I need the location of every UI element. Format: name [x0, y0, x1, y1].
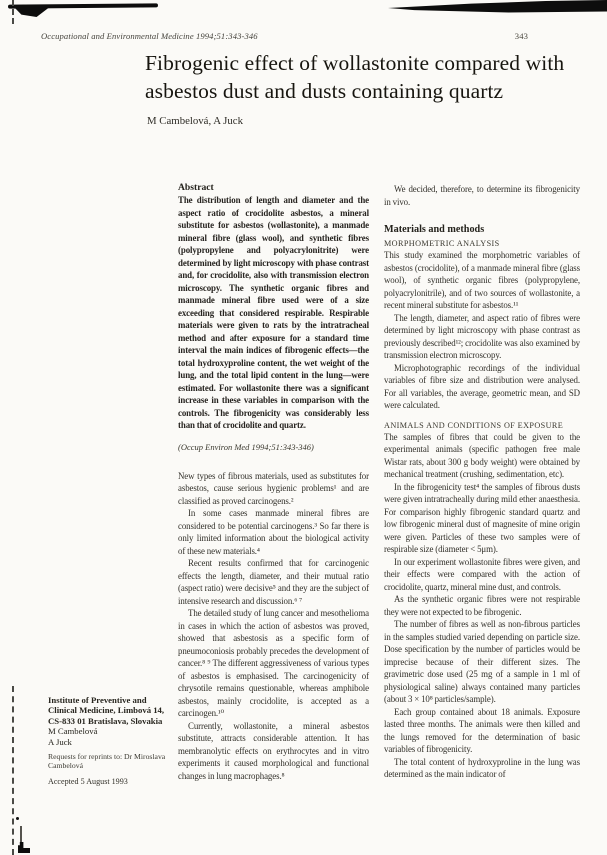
scan-dashed-margin-line-bottom	[12, 686, 14, 855]
body-paragraph: Currently, wollastonite, a mineral asbes…	[178, 720, 369, 783]
body-paragraph: This study examined the morphometric var…	[384, 249, 580, 312]
journal-name: Occupational and Environmental Medicine …	[41, 31, 258, 41]
scan-mark-bottom-left-line	[20, 826, 22, 842]
article-title: Fibrogenic effect of wollastonite compar…	[145, 50, 593, 105]
body-paragraph: In the fibrogenicity test⁴ the samples o…	[384, 481, 580, 556]
subsection-heading-animals-and-conditions: ANIMALS AND CONDITIONS OF EXPOSURE	[384, 421, 580, 430]
running-head: Occupational and Environmental Medicine …	[41, 31, 528, 41]
abstract-body: The distribution of length and diameter …	[178, 194, 369, 432]
affiliation-accepted-date: Accepted 5 August 1993	[48, 777, 177, 787]
body-paragraph: New types of fibrous materials, used as …	[178, 470, 369, 508]
affiliation-block: Institute of Preventive and Clinical Med…	[48, 695, 177, 787]
body-paragraph: The detailed study of lung cancer and me…	[178, 607, 369, 720]
article-authors: M Cambelová, A Juck	[147, 115, 243, 127]
page-number: 343	[515, 31, 528, 41]
abstract-heading: Abstract	[178, 182, 369, 193]
body-paragraph: The number of fibres as well as non-fibr…	[384, 618, 580, 706]
body-paragraph: The samples of fibres that could be give…	[384, 431, 580, 481]
body-paragraph: The length, diameter, and aspect ratio o…	[384, 312, 580, 362]
left-column: Abstract The distribution of length and …	[178, 182, 369, 782]
body-paragraph: The total content of hydroxyproline in t…	[384, 756, 580, 781]
body-paragraph: In our experiment wollastonite fibres we…	[384, 556, 580, 594]
body-paragraph: Microphotographic recordings of the indi…	[384, 362, 580, 412]
subsection-heading-morphometric-analysis: MORPHOMETRIC ANALYSIS	[384, 239, 580, 248]
scan-mark-bottom-left-blob	[18, 842, 30, 853]
right-column: We decided, therefore, to determine its …	[384, 182, 580, 781]
affiliation-author: M Cambelová	[48, 726, 177, 736]
body-paragraph: In some cases manmade mineral fibres are…	[178, 507, 369, 557]
scan-dashed-margin-line-top	[12, 0, 14, 24]
scan-mark-bottom-left-dot	[16, 817, 19, 820]
scan-smudge-top-left-blob	[13, 6, 51, 17]
journal-page-scan: Occupational and Environmental Medicine …	[0, 0, 607, 855]
affiliation-institute: Institute of Preventive and Clinical Med…	[48, 695, 177, 726]
body-paragraph: As the synthetic organic fibres were not…	[384, 593, 580, 618]
affiliation-author: A Juck	[48, 737, 177, 747]
scan-smudge-top-right	[388, 0, 607, 13]
body-paragraph: Recent results confirmed that for carcin…	[178, 557, 369, 607]
abstract-citation: (Occup Environ Med 1994;51:343-346)	[178, 442, 369, 452]
body-paragraph: Each group contained about 18 animals. E…	[384, 706, 580, 756]
body-paragraph: We decided, therefore, to determine its …	[384, 183, 580, 208]
affiliation-reprints-note: Requests for reprints to: Dr Miroslava C…	[48, 752, 177, 771]
section-heading-materials-and-methods: Materials and methods	[384, 224, 580, 235]
